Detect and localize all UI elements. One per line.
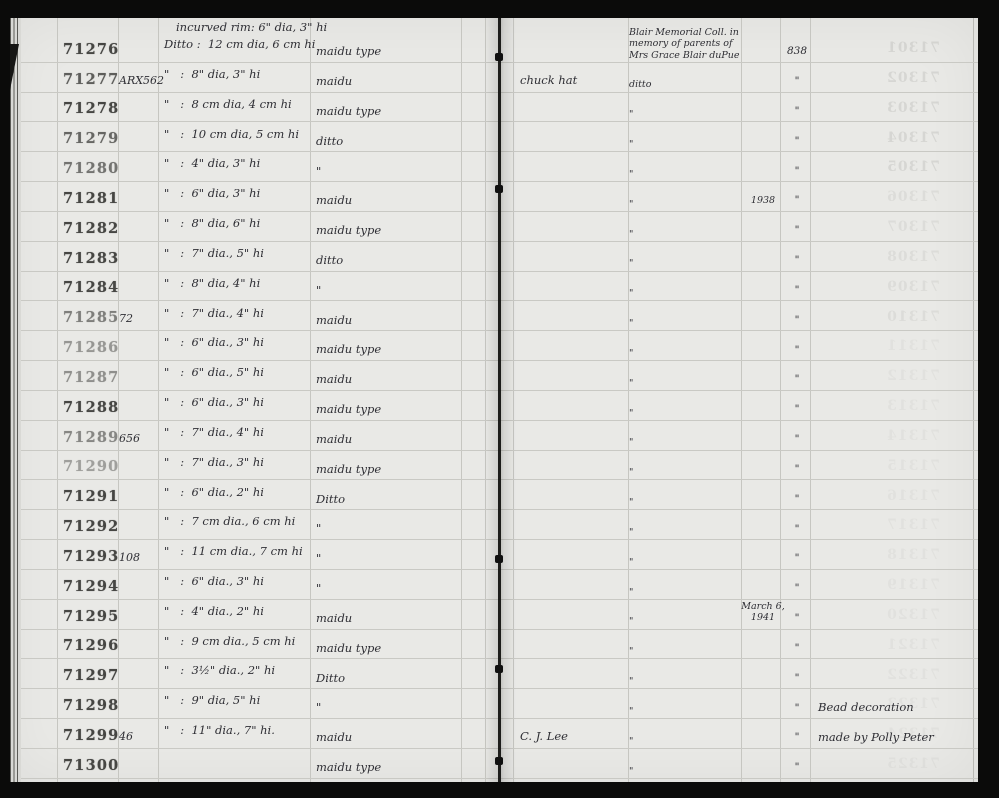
catalog-number: 71289: [63, 429, 119, 446]
remarks: Bead decoration: [818, 701, 978, 714]
accession-number: 46: [119, 731, 161, 743]
culture-type: maidu: [316, 314, 446, 327]
binding-stitch: [495, 555, 503, 563]
scan-border-left: [0, 0, 10, 798]
culture-type: maidu type: [316, 105, 446, 118]
scan-border-bottom: [0, 782, 999, 798]
ledger-paper: 7130171302713037130471305713067130771308…: [10, 18, 978, 782]
value-number: ": [781, 703, 813, 715]
date-entry: March 6, 1941: [741, 601, 785, 624]
culture-type: maidu: [316, 433, 446, 446]
catalog-number: 71299: [63, 727, 119, 744]
culture-type: maidu type: [316, 761, 446, 774]
collection-note: ": [629, 199, 741, 210]
collection-note: ": [629, 706, 741, 717]
collection-note: ": [629, 288, 741, 299]
value-number: ": [781, 166, 813, 178]
catalog-number: 71283: [63, 250, 119, 267]
collection-note: ": [629, 467, 741, 478]
object-description: " : 11" dia., 7" hi.: [164, 699, 316, 775]
collection-note: ": [629, 318, 741, 329]
value-number: ": [781, 195, 813, 207]
catalog-number: 71288: [63, 399, 119, 416]
catalog-number: 71298: [63, 697, 119, 714]
page-corner-shadow: [10, 44, 19, 90]
value-number: ": [781, 404, 813, 416]
value-number: ": [781, 732, 813, 744]
collection-note: ": [629, 497, 741, 508]
catalog-number: 71300: [63, 757, 119, 774]
accession-number: 72: [119, 313, 161, 325]
collection-note: ": [629, 258, 741, 269]
culture-type: Ditto: [316, 672, 446, 685]
catalog-number: 71292: [63, 518, 119, 535]
catalog-number: 71277: [63, 71, 119, 88]
value-number: ": [781, 494, 813, 506]
culture-type: ": [316, 165, 446, 178]
catalog-number: 71276: [63, 41, 119, 58]
catalog-number: 71291: [63, 488, 119, 505]
value-number: ": [781, 643, 813, 655]
binding-stitch: [495, 53, 503, 61]
culture-type: maidu type: [316, 343, 446, 356]
catalog-number: 71297: [63, 667, 119, 684]
catalog-number: 71290: [63, 458, 119, 475]
value-number: ": [781, 762, 813, 774]
native-name: C. J. Lee: [520, 730, 625, 743]
catalog-number: 71279: [63, 130, 119, 147]
binding-stitch: [495, 185, 503, 193]
collection-note: ": [629, 378, 741, 389]
culture-type: ": [316, 582, 446, 595]
native-name: chuck hat: [520, 74, 625, 87]
collection-note: ": [629, 557, 741, 568]
value-number: ": [781, 374, 813, 386]
collection-note: ": [629, 646, 741, 657]
collection-note: ": [629, 587, 741, 598]
scanned-ledger-spread: 7130171302713037130471305713067130771308…: [0, 0, 999, 798]
value-number: ": [781, 285, 813, 297]
culture-type: maidu: [316, 731, 446, 744]
culture-type: maidu: [316, 373, 446, 386]
value-number: ": [781, 136, 813, 148]
date-line1: March 6,: [741, 601, 785, 612]
culture-type: ": [316, 552, 446, 565]
binding-stitch: [495, 757, 503, 765]
value-number: ": [781, 553, 813, 565]
collection-note: ditto: [629, 79, 741, 90]
culture-type: maidu: [316, 75, 446, 88]
binding-stitch: [495, 665, 503, 673]
collection-note: ": [629, 139, 741, 150]
date-line2: 1941: [741, 612, 785, 623]
collection-note: ": [629, 408, 741, 419]
value-number: ": [781, 76, 813, 88]
date-entry: 1938: [741, 195, 785, 206]
catalog-number: 71285: [63, 309, 119, 326]
remarks: made by Polly Peter: [818, 731, 978, 744]
catalog-number: 71286: [63, 339, 119, 356]
accession-number: 108: [119, 552, 161, 564]
collection-note: ": [629, 169, 741, 180]
collection-note: ": [629, 229, 741, 240]
catalog-number: 71280: [63, 160, 119, 177]
culture-type: maidu type: [316, 224, 446, 237]
value-number: ": [781, 106, 813, 118]
value-number: ": [781, 464, 813, 476]
scan-border-right: [978, 0, 999, 798]
catalog-number: 71278: [63, 100, 119, 117]
collection-note: ": [629, 616, 741, 627]
culture-type: ditto: [316, 254, 446, 267]
value-number: ": [781, 345, 813, 357]
culture-type: maidu type: [316, 45, 446, 58]
description-line1: " : 11" dia., 7" hi.: [164, 724, 316, 737]
value-number: ": [781, 315, 813, 327]
catalog-number: 71287: [63, 369, 119, 386]
collection-note: ": [629, 348, 741, 359]
catalog-number: 71296: [63, 637, 119, 654]
catalog-number: 71282: [63, 220, 119, 237]
culture-type: maidu type: [316, 642, 446, 655]
collection-note: ": [629, 109, 741, 120]
culture-type: ditto: [316, 135, 446, 148]
collection-note: Blair Memorial Coll. in memory of parent…: [629, 27, 741, 61]
value-number: ": [781, 255, 813, 267]
value-number: 838: [781, 46, 813, 58]
value-number: ": [781, 225, 813, 237]
culture-type: ": [316, 701, 446, 714]
value-number: ": [781, 583, 813, 595]
culture-type: maidu: [316, 194, 446, 207]
value-number: ": [781, 673, 813, 685]
value-number: ": [781, 613, 813, 625]
culture-type: maidu: [316, 612, 446, 625]
collection-note: ": [629, 676, 741, 687]
collection-note: ": [629, 437, 741, 448]
value-number: ": [781, 434, 813, 446]
date-line1: 1938: [741, 195, 785, 206]
culture-type: maidu type: [316, 403, 446, 416]
catalog-number: 71294: [63, 578, 119, 595]
page-stack-edges: [10, 18, 21, 782]
catalog-number: 71284: [63, 279, 119, 296]
collection-note: ": [629, 766, 741, 777]
culture-type: maidu type: [316, 463, 446, 476]
culture-type: Ditto: [316, 493, 446, 506]
culture-type: ": [316, 522, 446, 535]
culture-type: ": [316, 284, 446, 297]
catalog-number: 71281: [63, 190, 119, 207]
value-number: ": [781, 524, 813, 536]
collection-note: ": [629, 736, 741, 747]
accession-number: 656: [119, 433, 161, 445]
accession-number: ARX562: [119, 75, 161, 87]
catalog-number: 71293: [63, 548, 119, 565]
collection-note: ": [629, 527, 741, 538]
scan-border-top: [0, 0, 999, 18]
catalog-number: 71295: [63, 608, 119, 625]
